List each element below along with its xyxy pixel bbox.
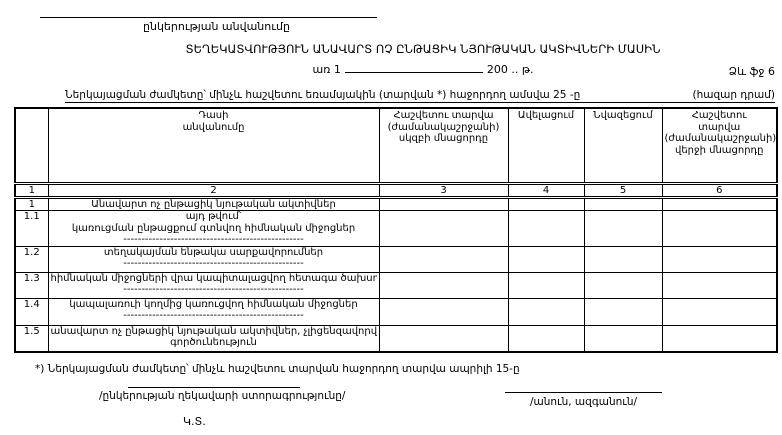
row-label: տեղակայման ենթակա սարքավորումներ -------… (48, 246, 379, 272)
seal-mark: Կ.Տ. (183, 415, 206, 428)
row-code: 1.1 (15, 211, 48, 247)
value-cell (584, 298, 662, 325)
row-label-line: հիմնական միջոցների վրա կապիտալացվող հետա… (51, 273, 377, 285)
value-cell (508, 197, 584, 211)
value-cell (662, 197, 777, 211)
signature-caption-left: /ընկերության ղեկավարի ստորագրությունը/ (99, 390, 331, 402)
row-code: 1 (15, 197, 48, 211)
row-code: 1.2 (15, 246, 48, 272)
value-cell (379, 197, 508, 211)
row-dash-separator: ----------------------------------------… (51, 310, 377, 322)
company-name-blank-line (40, 17, 377, 18)
col-number: 4 (508, 183, 584, 197)
value-cell (379, 272, 508, 298)
col-header-closing-balance: Հաշվետու տարվա (ժամանակաշրջանի) վերջի մն… (662, 108, 777, 183)
signature-caption-right: /անուն, ազգանուն/ (505, 396, 662, 408)
deadline-footnote: *) Ներկայացման ժամկետը՝ մինչև հաշվետու տ… (35, 363, 520, 375)
value-cell (662, 272, 777, 298)
value-cell (662, 298, 777, 325)
date-blank-field (345, 62, 483, 73)
col-number: 3 (379, 183, 508, 197)
value-cell (662, 246, 777, 272)
page-title: ՏԵՂԵԿԱՏՎՈՒԹՅՈՒՆ ԱՆԱՎԱՐՏ ՈՉ ԸՆԹԱՑԻԿ ՆՅՈՒԹ… (64, 42, 782, 56)
col-header-opening-balance: Հաշվետու տարվա (ժամանակաշրջանի) սկզբի մն… (379, 108, 508, 183)
row-code: 1.4 (15, 298, 48, 325)
row-code: 1.5 (15, 325, 48, 352)
signature-line-right (505, 392, 662, 393)
submission-deadline-note: Ներկայացման ժամկետը՝ մինչև հաշվետու եռամ… (65, 89, 713, 103)
value-cell (662, 325, 777, 352)
date-prefix: առ 1 (313, 63, 341, 76)
col-header-rownum (15, 108, 48, 183)
row-dash-separator: ----------------------------------------… (51, 258, 377, 270)
col-header-decrease: Նվազեցում (584, 108, 662, 183)
row-label: հիմնական միջոցների վրա կապիտալացվող հետա… (48, 272, 379, 298)
row-dash-separator: ----------------------------------------… (51, 284, 377, 296)
row-dash-separator: ----------------------------------------… (51, 234, 377, 246)
col-number: 5 (584, 183, 662, 197)
table-row: 1.4 կապալառուի կողմից կառուցվող հիմնական… (15, 298, 777, 325)
row-label: կապալառուի կողմից կառուցվող հիմնական միջ… (48, 298, 379, 325)
row-label: Անավարտ ոչ ընթացիկ նյութական ակտիվներ (48, 197, 379, 211)
table-row: 1 Անավարտ ոչ ընթացիկ նյութական ակտիվներ (15, 197, 777, 211)
row-label-line: տեղակայման ենթակա սարքավորումներ (51, 247, 377, 259)
company-name-label: ընկերության անվանումը (48, 20, 385, 33)
col-header-class-name: Դասի անվանումը (48, 108, 379, 183)
value-cell (508, 325, 584, 352)
table-header-row: Դասի անվանումը Հաշվետու տարվա (ժամանակաշ… (15, 108, 777, 183)
report-date-line: առ 1200 .. թ. (64, 62, 782, 76)
col-number: 2 (48, 183, 379, 197)
value-cell (584, 246, 662, 272)
value-cell (584, 325, 662, 352)
col-number: 1 (15, 183, 48, 197)
value-cell (662, 211, 777, 247)
table-row: 1.1 այդ թվում՝ կառուցման ընթացքում գտնվո… (15, 211, 777, 247)
table-row: 1.2 տեղակայման ենթակա սարքավորումներ ---… (15, 246, 777, 272)
table-row: 1.5 անավարտ ոչ ընթացիկ նյութական ակտիվնե… (15, 325, 777, 352)
value-cell (379, 211, 508, 247)
value-cell (379, 325, 508, 352)
row-label: անավարտ ոչ ընթացիկ նյութական ակտիվներ, չ… (48, 325, 379, 352)
value-cell (508, 272, 584, 298)
value-cell (508, 246, 584, 272)
row-label-line: կառուցման ընթացքում գտնվող հիմնական միջո… (51, 223, 377, 235)
value-cell (379, 298, 508, 325)
row-label-line: այդ թվում՝ (51, 211, 377, 223)
assets-table: Դասի անվանումը Հաշվետու տարվա (ժամանակաշ… (14, 107, 778, 353)
form-code: Ձև ֆջ 6 (729, 65, 775, 78)
signature-line-left (128, 387, 300, 388)
date-suffix: 200 .. թ. (487, 63, 534, 76)
value-cell (584, 197, 662, 211)
value-cell (508, 298, 584, 325)
column-number-row: 1 2 3 4 5 6 (15, 183, 777, 197)
value-cell (584, 272, 662, 298)
report-form-page: ընկերության անվանումը ՏԵՂԵԿԱՏՎՈՒԹՅՈՒՆ ԱՆ… (0, 0, 782, 435)
row-label-line: անավարտ ոչ ընթացիկ նյութական ակտիվներ, չ… (51, 326, 377, 338)
row-label-line: Անավարտ ոչ ընթացիկ նյութական ակտիվներ (51, 199, 377, 211)
value-cell (379, 246, 508, 272)
value-cell (584, 211, 662, 247)
row-label-line: գործունեություն (51, 337, 377, 349)
col-number: 6 (662, 183, 777, 197)
row-label-line: կապալառուի կողմից կառուցվող հիմնական միջ… (51, 299, 377, 311)
row-label: այդ թվում՝ կառուցման ընթացքում գտնվող հի… (48, 211, 379, 247)
unit-note: (հազար դրամ) (693, 89, 775, 103)
row-code: 1.3 (15, 272, 48, 298)
col-header-increase: Ավելացում (508, 108, 584, 183)
value-cell (508, 211, 584, 247)
table-row: 1.3 հիմնական միջոցների վրա կապիտալացվող … (15, 272, 777, 298)
